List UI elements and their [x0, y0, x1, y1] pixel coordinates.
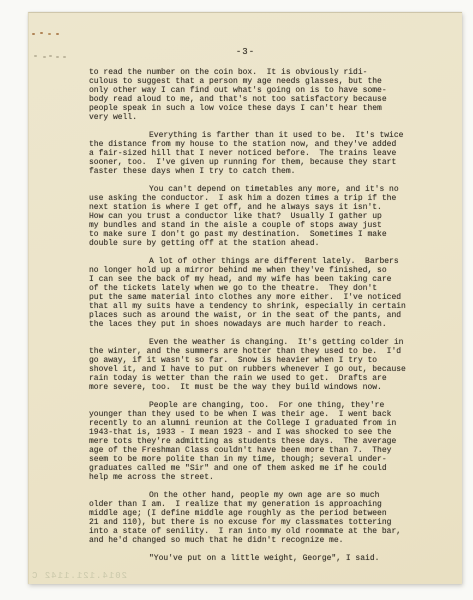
text-line: On the other hand, people my own age are…	[89, 491, 409, 500]
text-line: a fair-sized hill that I never noticed b…	[89, 149, 409, 158]
rust-marks	[32, 33, 35, 35]
text-line: the distance from my house to the statio…	[89, 140, 409, 149]
text-line: shovel it, and I have to put on rubbers …	[89, 365, 409, 374]
text-line: age of the Freshman Class couldn't have …	[89, 446, 409, 455]
text-line: graduates called me "Sir" and one of the…	[89, 464, 409, 473]
text-line: put the same material into clothes any m…	[89, 293, 409, 302]
text-line: body read aloud to me, and that's not to…	[89, 95, 409, 104]
text-line: go away, if it wasn't so far. Snow is he…	[89, 356, 409, 365]
text-line: double sure by getting off at the statio…	[89, 239, 409, 248]
faint-staple-marks	[34, 55, 37, 57]
paragraph: On the other hand, people my own age are…	[89, 491, 409, 545]
text-line: people speak in such a low voice these d…	[89, 104, 409, 113]
text-line: no longer hold up a mirror behind me whe…	[89, 266, 409, 275]
paragraph: to read the number on the coin box. It i…	[89, 68, 409, 122]
text-line: mere tots they're admitting as students …	[89, 437, 409, 446]
text-line: middle age; (I define middle age roughly…	[89, 509, 409, 518]
text-line: more severe, too. It must be the way the…	[89, 383, 409, 392]
text-line: into a state of senility. I ran into my …	[89, 527, 409, 536]
text-line: A lot of other things are different late…	[89, 257, 409, 266]
text-line: the laces they put in shoes nowadays are…	[89, 320, 409, 329]
text-line: People are changing, too. For one thing,…	[89, 401, 409, 410]
typewritten-page: -3- to read the number on the coin box. …	[28, 12, 462, 584]
text-line: very well.	[89, 113, 409, 122]
text-line: rain today is wetter than the rain we us…	[89, 374, 409, 383]
text-line: younger than they used to be when I was …	[89, 410, 409, 419]
text-line: the winter, and the summers are hotter t…	[89, 347, 409, 356]
text-line: 21 and 110), but there is no excuse for …	[89, 518, 409, 527]
text-line: seem to be more polite than in my time, …	[89, 455, 409, 464]
paragraph: "You've put on a little weight, George",…	[89, 554, 409, 563]
text-line: to make sure I don't go past my destinat…	[89, 230, 409, 239]
verso-catalog-mark: 2014.121.1142 C	[31, 571, 127, 581]
text-line: that all my suits have a tendency to shr…	[89, 302, 409, 311]
text-line: of the tickets lately when we go to the …	[89, 284, 409, 293]
paragraph: Everything is farther than it used to be…	[89, 131, 409, 176]
text-line: 1943-that is, 1933 - I mean 1923 - and I…	[89, 428, 409, 437]
text-line: How can you trust a conductor like that?…	[89, 212, 409, 221]
text-line: recently to an alumni reunion at the Col…	[89, 419, 409, 428]
text-line: to read the number on the coin box. It i…	[89, 68, 409, 77]
text-line: Everything is farther than it used to be…	[89, 131, 409, 140]
text-line: culous to suggest that a person my age n…	[89, 77, 409, 86]
paragraph: People are changing, too. For one thing,…	[89, 401, 409, 482]
text-line: "You've put on a little weight, George",…	[89, 554, 409, 563]
text-line: sooner, too. I've given up running for t…	[89, 158, 409, 167]
text-line: places such as around the waist, or in t…	[89, 311, 409, 320]
text-line: help me across the street.	[89, 473, 409, 482]
document-body: to read the number on the coin box. It i…	[89, 68, 409, 563]
text-line: I can see the back of my head, and my wi…	[89, 275, 409, 284]
text-line: Even the weather is changing. It's getti…	[89, 338, 409, 347]
paragraph: You can't depend on timetables any more,…	[89, 185, 409, 248]
text-line: my bundles and stand in the aisle a coup…	[89, 221, 409, 230]
text-line: next station is where I get off, and he …	[89, 203, 409, 212]
text-line: older than I am. I realize that my gener…	[89, 500, 409, 509]
scan-background: -3- to read the number on the coin box. …	[0, 0, 473, 600]
text-line: only other way I can find out what's goi…	[89, 86, 409, 95]
text-line: and he'd changed so much that he didn't …	[89, 536, 409, 545]
text-line: use asking the conductor. I ask him a do…	[89, 194, 409, 203]
text-line: You can't depend on timetables any more,…	[89, 185, 409, 194]
paragraph: Even the weather is changing. It's getti…	[89, 338, 409, 392]
text-line: faster these days when I try to catch th…	[89, 167, 409, 176]
paragraph: A lot of other things are different late…	[89, 257, 409, 329]
page-number: -3-	[29, 47, 462, 57]
